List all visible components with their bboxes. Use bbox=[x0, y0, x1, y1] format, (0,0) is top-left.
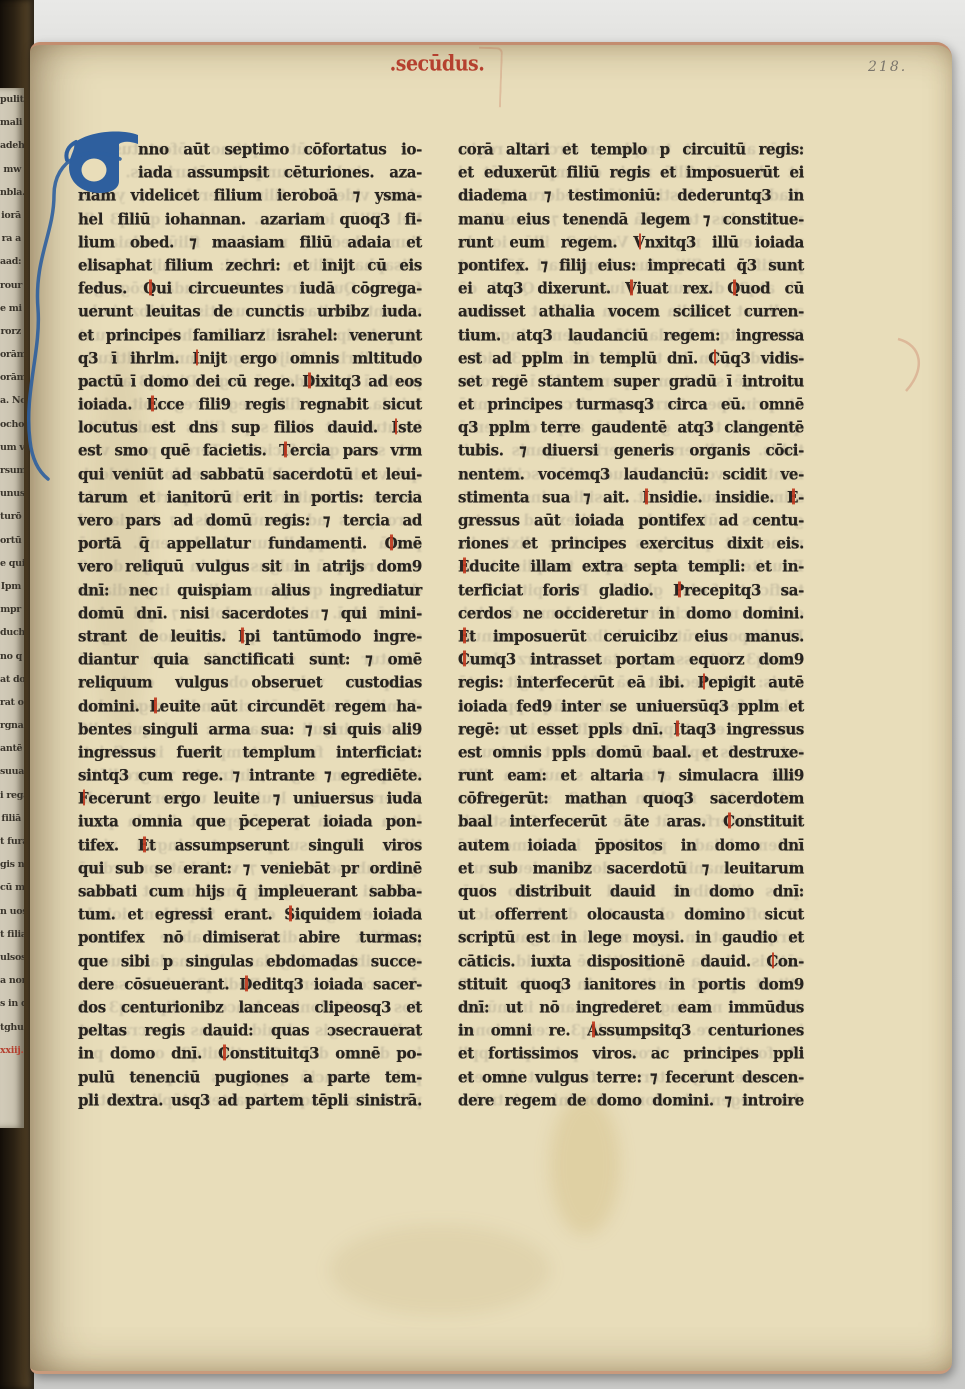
text-line: et principes turmasq3 circa eū. omnē bbox=[458, 392, 804, 417]
initial-tail-flourish bbox=[8, 141, 138, 495]
text-line: dnī: ut nō ingrederet eam immūdus bbox=[458, 995, 804, 1020]
margin-fragment-line: turō bbox=[0, 505, 24, 528]
margin-fragment-line: mpr bbox=[0, 598, 24, 621]
text-line: et omne vulgus terre: ⁊ fecerunt descen- bbox=[458, 1065, 804, 1090]
margin-fragment-line: Ipm bbox=[0, 575, 24, 598]
text-line: runt eam: et altaria ⁊ simulacra illi9 bbox=[458, 763, 804, 788]
text-line: Fecerunt ergo leuite ⁊ uniuersus iuda bbox=[78, 787, 422, 812]
text-line: ut offerrent olocausta domino sicut bbox=[458, 902, 804, 927]
red-offset-ghost-mark bbox=[477, 47, 503, 108]
text-line: Cumq3 intrasset portam equorz dom9 bbox=[458, 647, 804, 672]
text-line: in omni re. Assumpsitq3 centuriones bbox=[458, 1018, 804, 1043]
margin-fragment-line: no q bbox=[0, 645, 24, 668]
text-line: domini. Leuite aūt circundēt regem ha- bbox=[78, 694, 422, 719]
text-line: stimenta sua ⁊ ait. Insidie. insidie. E- bbox=[458, 485, 804, 510]
margin-fragment-line: at do bbox=[0, 668, 24, 691]
margin-fragment-line: t filia bbox=[0, 923, 24, 946]
text-line: regē: ut esset ppls dnī. Itaq3 ingressus bbox=[458, 717, 804, 742]
margin-fragment-line: antē bbox=[0, 737, 24, 760]
text-line: set regē stantem super gradū ī introitu bbox=[458, 369, 804, 394]
text-line: pontifex. ⁊ filij eius: imprecati q̄3 su… bbox=[458, 253, 804, 278]
text-line: tum. et egressi erant. Siquidem ioiada bbox=[78, 902, 422, 927]
text-line: pulū tenenciū pugiones a parte tem- bbox=[78, 1065, 422, 1090]
text-line: sabbati cum hijs q̄ impleuerant sabba- bbox=[78, 879, 422, 904]
text-line: scriptū est in lege moysi. in gaudio et bbox=[458, 926, 804, 951]
margin-fragment-line: ortū bbox=[0, 529, 24, 552]
margin-fragment-line: ra a bbox=[0, 227, 24, 250]
text-column-right: corā altari et templo p circuitū regis:e… bbox=[458, 138, 804, 1112]
text-line: quos distribuit dauid in domo dnī: bbox=[458, 879, 804, 904]
pencil-folio-number: 218. bbox=[868, 59, 907, 75]
text-line: strant de leuitis. Ipi tantūmodo ingre- bbox=[78, 624, 422, 649]
parchment-stain bbox=[550, 1095, 620, 1235]
text-line: qui sub se erant: ⁊ veniebāt pr ordinē bbox=[78, 856, 422, 881]
text-line: est ad pplm in templū dnī. Cūq3 vidis- bbox=[458, 346, 804, 371]
text-line: manu eius tenendā legem ⁊ constitue- bbox=[458, 207, 804, 232]
red-offset-flourish bbox=[892, 335, 932, 399]
margin-fragment-line: rour bbox=[0, 274, 24, 297]
text-line: domū dnī. nisi sacerdotes ⁊ qui mini- bbox=[78, 601, 422, 626]
margin-fragment-line: iorā bbox=[0, 204, 24, 227]
text-line: gressus aūt ioiada pontifex ad centu- bbox=[458, 508, 804, 533]
text-line: et eduxerūt filiū regis et imposuerūt ei bbox=[458, 160, 804, 185]
text-line: pontifex nō dimiserat abire turmas: bbox=[78, 926, 422, 951]
margin-fragment-line: xxiij. bbox=[0, 1039, 24, 1062]
vellum-page: .secūdus. 218. nno aūt septimo cōfortatu… bbox=[30, 42, 952, 1374]
margin-fragment-line: orām bbox=[0, 366, 24, 389]
text-line: regis: interfecerūt eā ibi. Pepigit autē bbox=[458, 671, 804, 696]
margin-fragment-line: mw bbox=[0, 158, 24, 181]
text-line: nentem. vocemq3 laudanciū: scidit ve- bbox=[458, 462, 804, 487]
margin-fragment-line: rat o bbox=[0, 691, 24, 714]
text-line: audisset athalia vocem scilicet curren- bbox=[458, 300, 804, 325]
text-line: corā altari et templo p circuitū regis: bbox=[458, 137, 804, 162]
text-line: autem ioiada p̄positos in domo dnī bbox=[458, 833, 804, 858]
text-line: cōfregerūt: mathan quoq3 sacerdotem bbox=[458, 787, 804, 812]
text-line: Et imposuerūt ceruicibz eius manus. bbox=[458, 624, 804, 649]
text-line: iuxta omnia que p̄ceperat ioiada pon- bbox=[78, 810, 422, 835]
text-line: dnī: nec quispiam alius ingrediatur bbox=[78, 578, 422, 603]
text-line: est omnis ppls domū baal. et destruxe- bbox=[458, 740, 804, 765]
margin-fragment-line: i regā bbox=[0, 784, 24, 807]
text-line: tifex. Et assumpserunt singuli viros bbox=[78, 833, 422, 858]
margin-fragment-line: orām bbox=[0, 343, 24, 366]
margin-fragment-line: s in de bbox=[0, 992, 24, 1015]
margin-fragment-line: e mi bbox=[0, 297, 24, 320]
margin-fragment-line: mali bbox=[0, 111, 24, 134]
margin-fragment-line: t fura bbox=[0, 830, 24, 853]
text-line: runt eum regem. Vnxitq3 illū ioiada bbox=[458, 230, 804, 255]
text-line: sintq3 cum rege. ⁊ intrante ⁊ egrediēte. bbox=[78, 763, 422, 788]
margin-fragment-line: ocho bbox=[0, 413, 24, 436]
margin-fragment-line: pulit bbox=[0, 88, 24, 111]
margin-fragment-line: nbla. bbox=[0, 181, 24, 204]
margin-fragment-line: ulsos bbox=[0, 946, 24, 969]
text-line: bentes singuli arma sua: ⁊ si quis ali9 bbox=[78, 717, 422, 742]
text-line: portā q̄ appellatur fundamenti. Omē bbox=[78, 531, 422, 556]
text-line: diadema ⁊ testimoniū: dederuntq3 in bbox=[458, 184, 804, 209]
margin-fragment-line: rsum bbox=[0, 459, 24, 482]
margin-fragment-line: a non bbox=[0, 969, 24, 992]
text-line: vero pars ad domū regis: ⁊ tercia ad bbox=[78, 508, 422, 533]
margin-fragment-line: suua bbox=[0, 760, 24, 783]
margin-fragment-line: um v bbox=[0, 436, 24, 459]
running-title: .secūdus. bbox=[382, 52, 492, 77]
text-line: ei atq3 dixerunt. Viuat rex. Quod cū bbox=[458, 276, 804, 301]
text-line: riones et principes exercitus dixit eis. bbox=[458, 531, 804, 556]
margin-fragment-line: e qui bbox=[0, 552, 24, 575]
text-line: cāticis. iuxta dispositionē dauid. Con- bbox=[458, 949, 804, 974]
margin-fragment-line: tghus bbox=[0, 1016, 24, 1039]
text-line: diantur quia sanctificati sunt: ⁊ omē bbox=[78, 647, 422, 672]
text-line: terficiat foris gladio. Precepitq3 sa- bbox=[458, 578, 804, 603]
text-line: ioiada fed9 inter se uniuersūq3 pplm et bbox=[458, 694, 804, 719]
text-line: stituit quoq3 ianitores in portis dom9 bbox=[458, 972, 804, 997]
margin-fragment-line: filiā bbox=[0, 807, 24, 830]
text-line: Educite illam extra septa templi: et in- bbox=[458, 555, 804, 580]
text-line: reliquum vulgus obseruet custodias bbox=[78, 671, 422, 696]
margin-fragment-line: gis n bbox=[0, 853, 24, 876]
text-line: peltas regis dauid: quas ɔsecrauerat bbox=[78, 1018, 422, 1043]
previous-page-edge-strip: pulitmaliadeh.mwnbla.iorāra aaad:roure m… bbox=[0, 88, 24, 1128]
text-line: dos centurionibz lanceas clipeosq3 et bbox=[78, 995, 422, 1020]
text-line: baal interfecerūt āte aras. Constituit bbox=[458, 810, 804, 835]
text-line: in domo dnī. Constituitq3 omnē po- bbox=[78, 1042, 422, 1067]
margin-fragment-line: aad: bbox=[0, 250, 24, 273]
text-line: ingressus fuerit templum interficiat: bbox=[78, 740, 422, 765]
parchment-stain bbox=[330, 1225, 550, 1315]
text-line: dere cōsueuerant. Deditq3 ioiada sacer- bbox=[78, 972, 422, 997]
margin-fragment-line: n uos bbox=[0, 900, 24, 923]
margin-fragment-line: unus bbox=[0, 482, 24, 505]
text-line: pli dextra. usq3 ad partem tēpli sinistr… bbox=[78, 1088, 422, 1113]
text-line: tium. atq3 laudanciū regem: ingressa bbox=[458, 323, 804, 348]
text-line: cerdos ne occideretur in domo domini. bbox=[458, 601, 804, 626]
text-line: et sub manibz sacerdotū ⁊ leuitarum bbox=[458, 856, 804, 881]
margin-fragment-line: rgna bbox=[0, 714, 24, 737]
text-line: que sibi p singulas ebdomadas succe- bbox=[78, 949, 422, 974]
text-line: tubis. ⁊ diuersi generis organis cōci- bbox=[458, 439, 804, 464]
text-line: et fortissimos viros. ac principes ppli bbox=[458, 1042, 804, 1067]
margin-fragment-line: adeh. bbox=[0, 134, 24, 157]
text-line: dere regem de domo domini. ⁊ introire bbox=[458, 1088, 804, 1113]
margin-fragment-line: duchi bbox=[0, 621, 24, 644]
text-line: vero reliquū vulgus sit in atrijs dom9 bbox=[78, 555, 422, 580]
margin-fragment-line: a. No bbox=[0, 389, 24, 412]
text-line: q3 pplm terre gaudentē atq3 clangentē bbox=[458, 416, 804, 441]
margin-fragment-line: cū m bbox=[0, 876, 24, 899]
margin-fragment-line: rorz bbox=[0, 320, 24, 343]
